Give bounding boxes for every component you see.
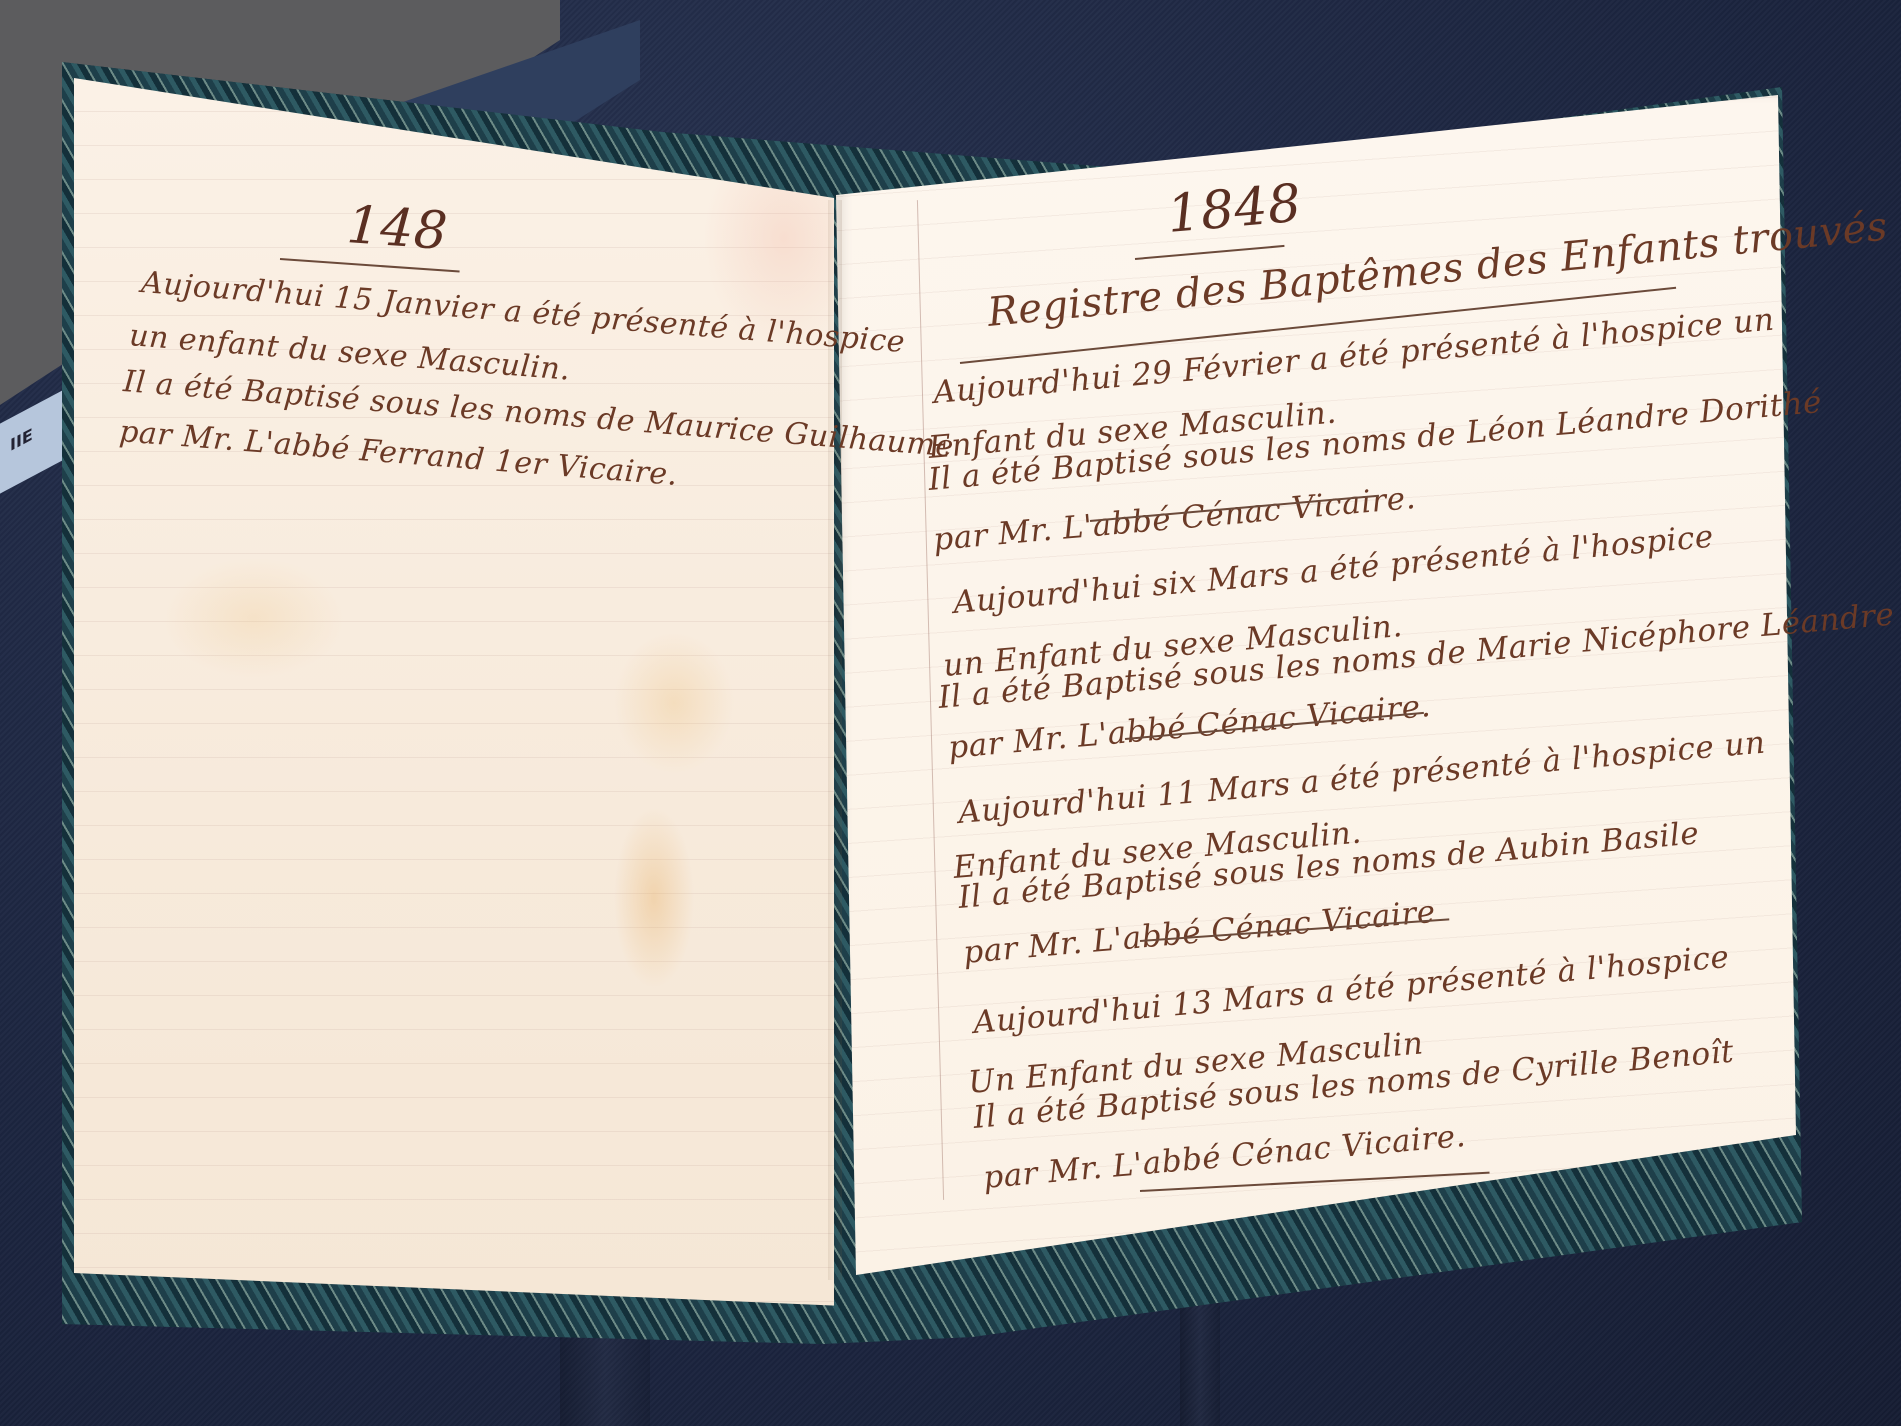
left-page-number: 148 — [345, 195, 450, 262]
book-gutter — [828, 200, 842, 1280]
left-page — [74, 78, 834, 1308]
archive-box-label: IIE — [0, 386, 70, 493]
right-page-year: 1848 — [1165, 174, 1304, 245]
